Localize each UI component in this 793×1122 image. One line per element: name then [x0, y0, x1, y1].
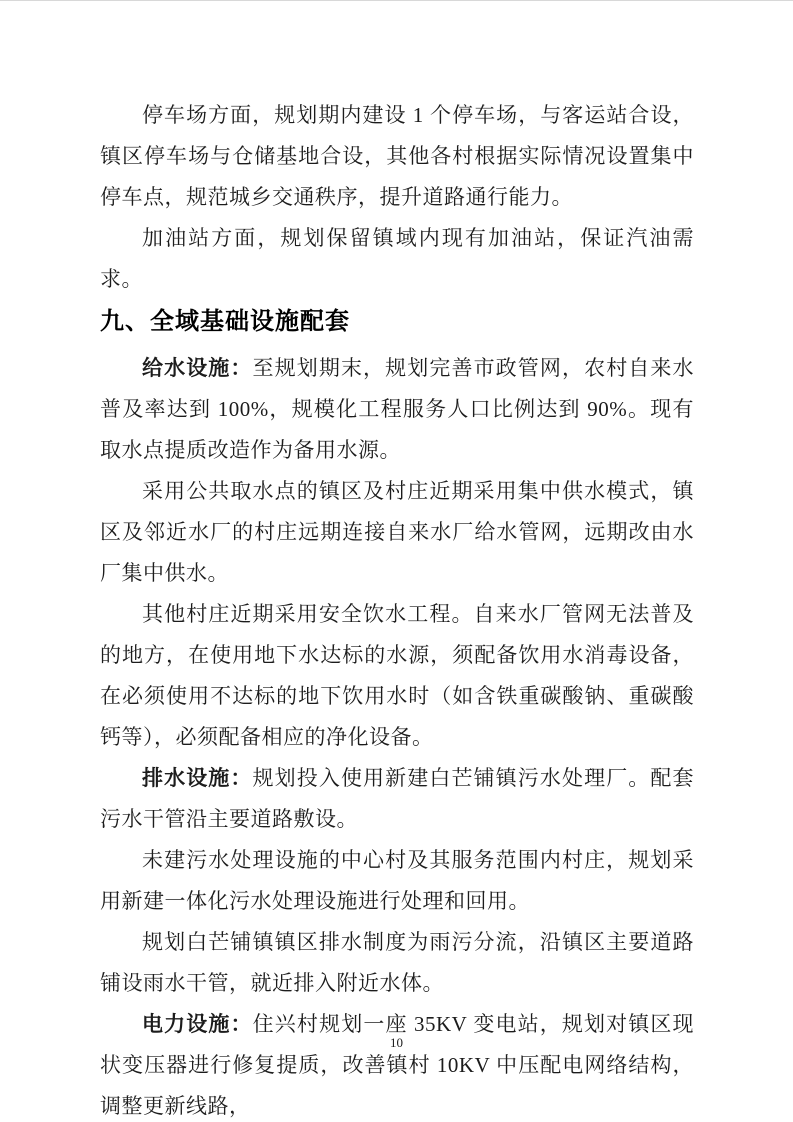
section-heading-infrastructure: 九、全域基础设施配套 [100, 300, 694, 344]
document-content: 停车场方面，规划期内建设 1 个停车场，与客运站合设，镇区停车场与仓储基地合设，… [100, 95, 694, 1122]
paragraph-sewage-treatment: 未建污水处理设施的中心村及其服务范围内村庄，规划采用新建一体化污水处理设施进行处… [100, 840, 694, 922]
paragraph-water-supply: 给水设施：至规划期末，规划完善市政管网，农村自来水普及率达到 100%，规模化工… [100, 348, 694, 471]
paragraph-label-water-supply: 给水设施： [142, 356, 253, 380]
paragraph-label-drainage: 排水设施： [142, 766, 253, 790]
page-number: 10 [0, 1035, 793, 1051]
paragraph-label-electric-power: 电力设施： [142, 1012, 253, 1036]
document-page: 停车场方面，规划期内建设 1 个停车场，与客运站合设，镇区停车场与仓储基地合设，… [0, 0, 793, 1122]
paragraph-electric-power: 电力设施：住兴村规划一座 35KV 变电站，规划对镇区现状变压器进行修复提质，改… [100, 1004, 694, 1122]
paragraph-public-water-points: 采用公共取水点的镇区及村庄近期采用集中供水模式，镇区及邻近水厂的村庄远期连接自来… [100, 471, 694, 594]
paragraph-safe-drinking-water: 其他村庄近期采用安全饮水工程。自来水厂管网无法普及的地方，在使用地下水达标的水源… [100, 594, 694, 758]
paragraph-gas-station: 加油站方面，规划保留镇域内现有加油站，保证汽油需求。 [100, 218, 694, 300]
paragraph-rain-sewage-separation: 规划白芒铺镇镇区排水制度为雨污分流，沿镇区主要道路铺设雨水干管，就近排入附近水体… [100, 922, 694, 1004]
paragraph-drainage: 排水设施：规划投入使用新建白芒铺镇污水处理厂。配套污水干管沿主要道路敷设。 [100, 758, 694, 840]
paragraph-parking: 停车场方面，规划期内建设 1 个停车场，与客运站合设，镇区停车场与仓储基地合设，… [100, 95, 694, 218]
